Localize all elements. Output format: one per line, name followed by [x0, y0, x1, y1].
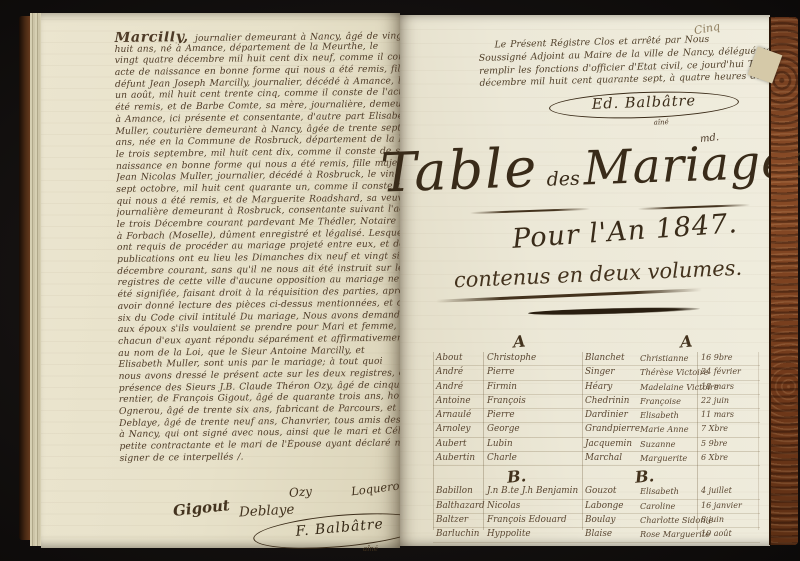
bride-surname: Singer — [585, 366, 615, 379]
marriage-date: 16 9bre — [701, 352, 733, 365]
marriage-date: 7 Xbre — [701, 423, 728, 436]
marriage-row: AndréPierreSingerThérèse Victoire24 févr… — [433, 366, 760, 380]
witness-signature-deblaye: Deblaye — [239, 502, 295, 521]
official-signature-suffix: aîné — [653, 118, 668, 127]
marriage-row: AubertinCharleMarchalMarguerite6 Xbre — [433, 452, 760, 466]
marriage-date: 24 février — [701, 366, 741, 379]
groom-firstname: Hyppolite — [487, 528, 531, 541]
marriage-table-body: AAAboutChristopheBlanchetChristianne16 9… — [433, 331, 760, 532]
bride-surname: Grandpierre — [585, 423, 640, 436]
groom-firstname: J.n B.te J.h Benjamin — [487, 485, 578, 498]
title-word-des: des — [546, 168, 580, 191]
groom-firstname: Pierre — [487, 366, 515, 379]
section-letter-grooms: A — [512, 331, 526, 351]
bride-surname: Gouzot — [585, 485, 616, 498]
groom-surname: Aubertin — [436, 452, 475, 465]
bride-firstname: Rose Marguerite — [640, 528, 710, 541]
groom-surname: Babillon — [436, 485, 473, 498]
groom-surname: André — [436, 381, 463, 394]
groom-firstname: Charle — [487, 452, 517, 465]
groom-firstname: François Edouard — [487, 514, 567, 527]
groom-firstname: Nicolas — [487, 500, 520, 513]
manuscript-lines: Marcilly, journalier demeurant à Nancy, … — [114, 28, 442, 468]
groom-surname: Baltzer — [436, 514, 468, 527]
marriage-row: ArnauléPierreDardinierElisabeth11 mars — [433, 409, 760, 423]
groom-firstname: George — [487, 423, 520, 436]
bride-surname: Chedrinin — [585, 395, 629, 408]
title-word-mariages: Mariages — [582, 133, 800, 196]
groom-surname: Antoine — [436, 395, 471, 408]
marriage-date: 10 août — [701, 528, 732, 541]
bride-surname: Héary — [585, 381, 612, 394]
marriage-row: BalthazardNicolasLabongeCaroline16 janvi… — [433, 500, 760, 514]
party-name-lead: Marcilly, — [114, 28, 195, 44]
groom-surname: Balthazard — [436, 500, 485, 513]
bride-firstname: Caroline — [640, 500, 675, 513]
official-signature-suffix: aîné — [363, 545, 378, 553]
bride-firstname: Elisabeth — [640, 409, 679, 422]
section-letter-brides: A — [679, 331, 693, 351]
signature-area: Ozy Loqueron Gigout Deblaye F. Balbâtre … — [117, 461, 439, 561]
section-letter-grooms: B. — [506, 467, 527, 488]
groom-surname: Barluchin — [436, 528, 479, 541]
book-cover-binding — [769, 17, 798, 545]
witness-signature-ozy: Ozy — [288, 484, 312, 500]
bride-surname: Blanchet — [585, 352, 625, 365]
closing-statement: Le Présent Régistre Clos et arrêté par N… — [478, 32, 775, 91]
marriage-row: ArnoleyGeorgeGrandpierreMarie Anne7 Xbre — [433, 423, 760, 437]
groom-firstname: Firmin — [487, 381, 517, 394]
left-page: Marcilly, journalier demeurant à Nancy, … — [41, 13, 400, 548]
bride-surname: Marchal — [585, 452, 622, 465]
marriage-row: AboutChristopheBlanchetChristianne16 9br… — [433, 352, 760, 366]
marriage-date: 8 juin — [701, 514, 724, 527]
bride-firstname: Marie Anne — [640, 423, 689, 436]
groom-firstname: Christophe — [487, 352, 536, 365]
title-word-table: Table — [379, 136, 539, 204]
groom-firstname: Lubin — [487, 438, 513, 451]
marriage-table: AAAboutChristopheBlanchetChristianne16 9… — [433, 331, 760, 532]
groom-firstname: Pierre — [487, 409, 515, 422]
photo-background: Marcilly, journalier demeurant à Nancy, … — [0, 0, 800, 561]
marriage-date: 6 Xbre — [701, 452, 728, 465]
marriage-row: BabillonJ.n B.te J.h BenjaminGouzotElisa… — [433, 485, 760, 499]
bride-surname: Labonge — [585, 500, 624, 513]
marriage-date: 16 janvier — [701, 500, 742, 513]
table-section: AAAboutChristopheBlanchetChristianne16 9… — [433, 331, 760, 466]
section-header: AA — [433, 331, 760, 352]
groom-surname: Aubert — [436, 438, 467, 451]
marriage-row: BarluchinHyppoliteBlaiseRose Marguerite1… — [433, 528, 760, 542]
groom-surname: About — [436, 352, 462, 365]
bride-surname: Jacquemin — [585, 438, 632, 451]
bride-surname: Boulay — [585, 514, 615, 527]
marriage-date: 4 juillet — [701, 485, 732, 498]
bride-firstname: Suzanne — [640, 438, 675, 451]
groom-surname: André — [436, 366, 463, 379]
groom-firstname: François — [487, 395, 526, 408]
bride-firstname: Elisabeth — [640, 485, 679, 498]
marriage-row: AubertLubinJacqueminSuzanne5 9bre — [433, 438, 760, 452]
marriage-date: 5 9bre — [701, 438, 727, 451]
marriage-date: 22 juin — [701, 395, 729, 408]
register-title: Table des Mariages — [423, 128, 774, 222]
bride-firstname: Françoise — [640, 395, 681, 408]
witness-signature-gigout: Gigout — [172, 496, 230, 520]
groom-surname: Arnaulé — [436, 409, 471, 422]
marriage-row: AndréFirminHéaryMadelaine Victoire18 mar… — [433, 381, 760, 395]
marriage-date: 18 mars — [701, 381, 734, 394]
marriage-date: 11 mars — [701, 409, 734, 422]
section-letter-brides: B. — [634, 467, 655, 488]
section-header: B.B. — [433, 466, 760, 485]
table-section: B.B.BabillonJ.n B.te J.h BenjaminGouzotE… — [433, 466, 760, 542]
groom-surname: Arnoley — [436, 423, 471, 436]
bride-surname: Dardinier — [585, 409, 628, 422]
bride-firstname: Christianne — [640, 352, 688, 365]
marriage-row: BaltzerFrançois EdouardBoulayCharlotte S… — [433, 514, 760, 528]
marriage-row: AntoineFrançoisChedrininFrançoise22 juin — [433, 395, 760, 409]
bride-surname: Blaise — [585, 528, 612, 541]
bride-firstname: Thérèse Victoire — [640, 366, 709, 379]
bride-firstname: Marguerite — [640, 452, 687, 465]
